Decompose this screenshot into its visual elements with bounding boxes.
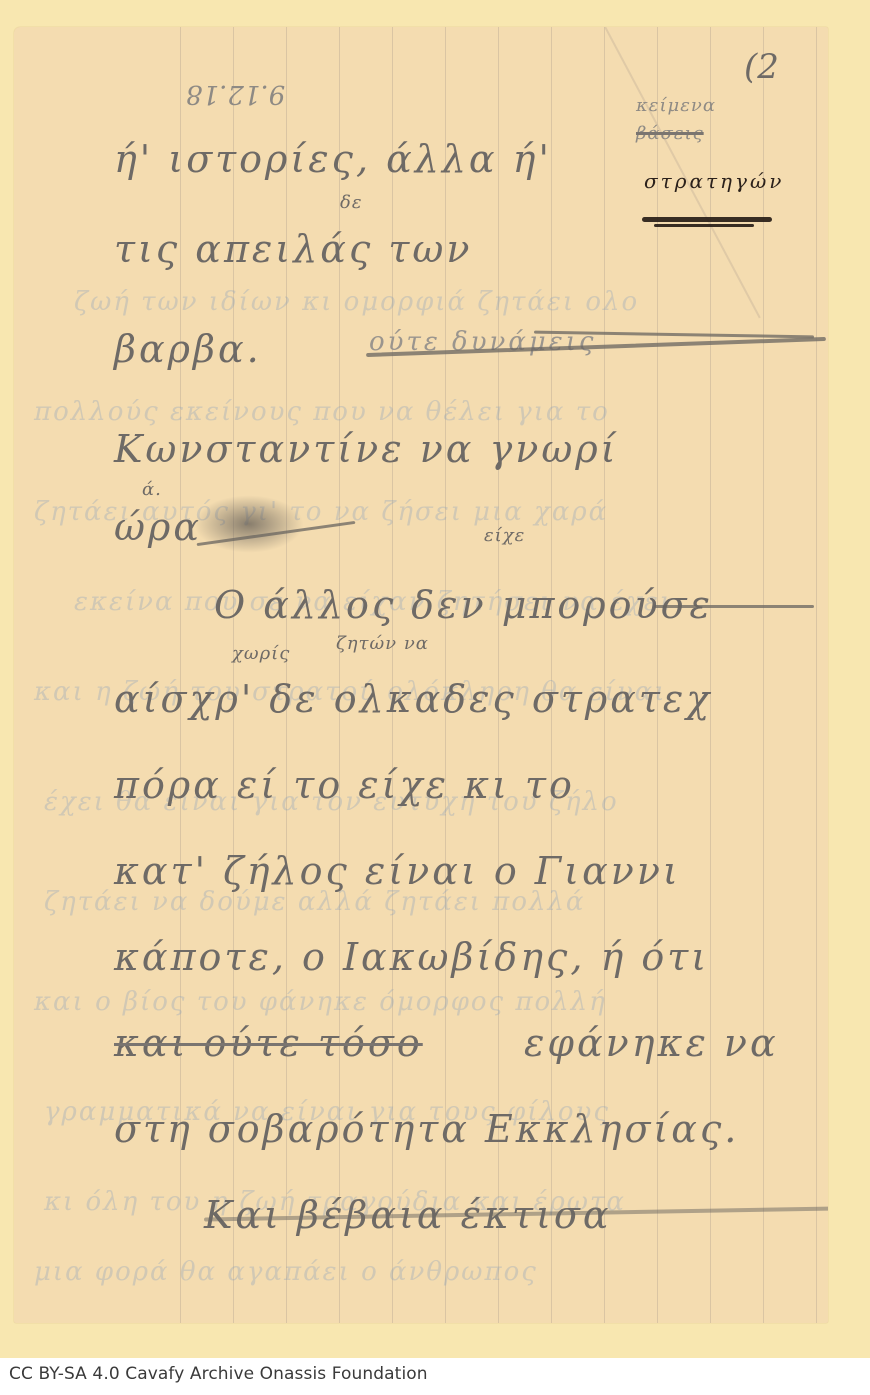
manuscript-line: ώρα [114,505,202,549]
interlinear-note: χωρίς [232,643,290,664]
bleed-through-text: ζωή των ιδίων κι ομορφιά ζητάει ολο [74,287,639,317]
manuscript-line: ή' ιστορίες, άλλα ή' [114,137,552,181]
manuscript-line: βαρβα. [114,327,262,371]
manuscript-line: κατ' ζήλος είναι ο Γιαννι [114,849,681,893]
manuscript-line-struck: και ούτε τόσο [114,1021,423,1065]
manuscript-line: αίσχρ' δε ολκαδες στρατεχ [114,677,712,721]
credit-line: CC BY-SA 4.0 Cavafy Archive Onassis Foun… [9,1364,428,1384]
pencil-strikeout [654,605,814,608]
margin-note-ink: στρατηγών [644,169,784,193]
date-note: 9.12.18 [186,79,285,109]
manuscript-line: Ο άλλος δεν μπορούσε [214,583,713,627]
ink-strikeout [642,217,772,222]
manuscript-line: εφάνηκε να [524,1021,779,1065]
bleed-through-text: πολλούς εκείνους που να θέλει για το [34,397,610,427]
manuscript-line: Κωνσταντίνε να γνωρί [114,427,619,471]
page-number: (2 [744,47,779,87]
interlinear-note: ζητών να [336,633,429,654]
margin-note-struck: βάσεις [636,123,704,144]
manuscript-line: στη σοβαρότητα Εκκλησίας. [114,1107,739,1151]
scan-background: ζωή των ιδίων κι ομορφιά ζητάει ολο πολλ… [0,0,870,1358]
margin-note: κείμενα [636,95,716,116]
manuscript-line: πόρα εί το είχε κι το [114,763,575,807]
bleed-through-text: μια φορά θα αγαπάει ο άνθρωπος [34,1257,538,1287]
ruled-line [816,27,817,1323]
manuscript-page: ζωή των ιδίων κι ομορφιά ζητάει ολο πολλ… [14,27,828,1323]
interlinear-note: είχε [484,525,525,546]
manuscript-line: κάποτε, ο Ιακωβίδης, ή ότι [114,935,709,979]
ink-strikeout [654,224,754,227]
interlinear-note: δε [340,192,363,213]
manuscript-line: τις απειλάς των [114,227,472,271]
interlinear-note: ά. [142,479,162,500]
pencil-scribble-out [194,495,304,553]
bleed-through-text: και ο βίος του φάνηκε όμορφος πολλή [34,987,607,1017]
